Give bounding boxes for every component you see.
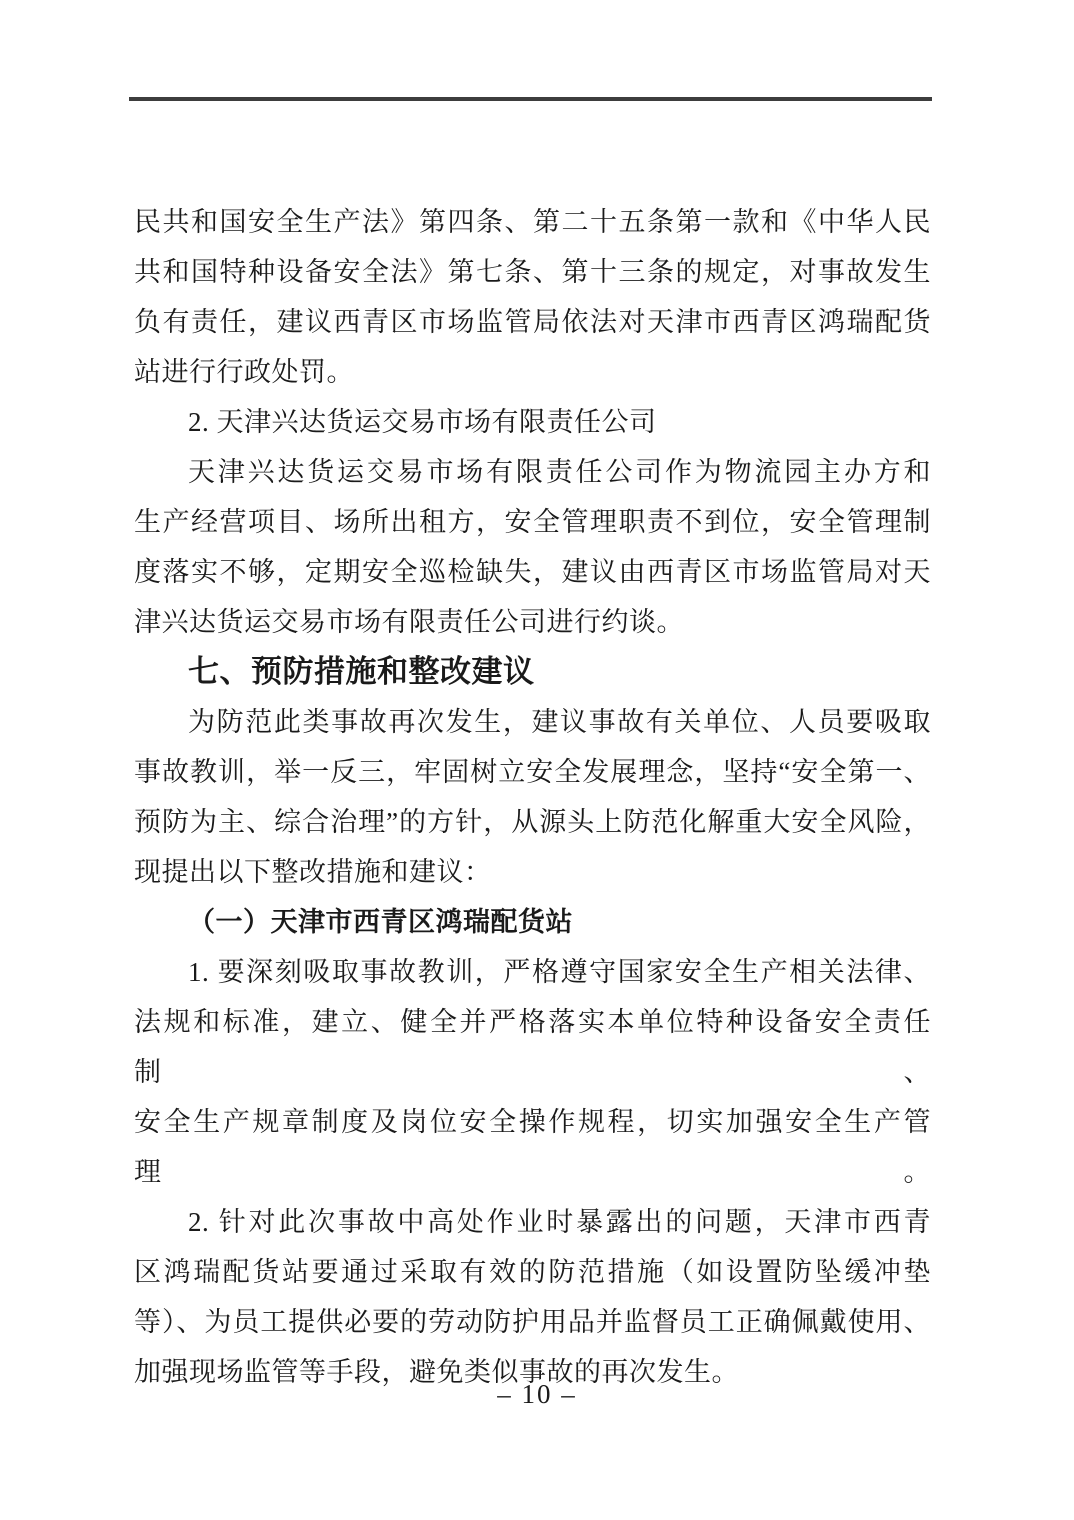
section-heading: 七、预防措施和整改建议 [134, 647, 931, 697]
page-number: – 10 – [0, 1369, 1074, 1419]
text-line: 等）、为员工提供必要的劳动防护用品并监督员工正确佩戴使用、 [134, 1297, 931, 1347]
document-body: 民共和国安全生产法》第四条、第二十五条第一款和《中华人民共和国特种设备安全法》第… [134, 197, 931, 1397]
text-line: 为防范此类事故再次发生，建议事故有关单位、人员要吸取 [134, 697, 931, 747]
document-page: 民共和国安全生产法》第四条、第二十五条第一款和《中华人民共和国特种设备安全法》第… [0, 0, 1074, 1520]
text-line: 生产经营项目、场所出租方，安全管理职责不到位，安全管理制 [134, 497, 931, 547]
text-line: 区鸿瑞配货站要通过采取有效的防范措施（如设置防坠缓冲垫 [134, 1247, 931, 1297]
text-line: 天津兴达货运交易市场有限责任公司作为物流园主办方和 [134, 447, 931, 497]
text-line: 津兴达货运交易市场有限责任公司进行约谈。 [134, 597, 931, 647]
text-line: 安全生产规章制度及岗位安全操作规程，切实加强安全生产管理。 [134, 1097, 931, 1197]
text-line: 事故教训，举一反三，牢固树立安全发展理念，坚持“安全第一、 [134, 747, 931, 797]
text-line: 民共和国安全生产法》第四条、第二十五条第一款和《中华人民 [134, 197, 931, 247]
text-line: 预防为主、综合治理”的方针，从源头上防范化解重大安全风险， [134, 797, 931, 847]
text-line: 共和国特种设备安全法》第七条、第十三条的规定，对事故发生 [134, 247, 931, 297]
text-line: 负有责任，建议西青区市场监管局依法对天津市西青区鸿瑞配货 [134, 297, 931, 347]
text-line: 法规和标准，建立、健全并严格落实本单位特种设备安全责任制、 [134, 997, 931, 1097]
subsection-heading: （一）天津市西青区鸿瑞配货站 [134, 897, 931, 947]
list-item-line: 1. 要深刻吸取事故教训，严格遵守国家安全生产相关法律、 [134, 947, 931, 997]
text-line: 度落实不够，定期安全巡检缺失，建议由西青区市场监管局对天 [134, 547, 931, 597]
list-item-heading: 2. 天津兴达货运交易市场有限责任公司 [134, 397, 931, 447]
text-line: 站进行行政处罚。 [134, 347, 931, 397]
text-line: 现提出以下整改措施和建议： [134, 847, 931, 897]
header-rule [129, 97, 932, 101]
list-item-line: 2. 针对此次事故中高处作业时暴露出的问题，天津市西青 [134, 1197, 931, 1247]
